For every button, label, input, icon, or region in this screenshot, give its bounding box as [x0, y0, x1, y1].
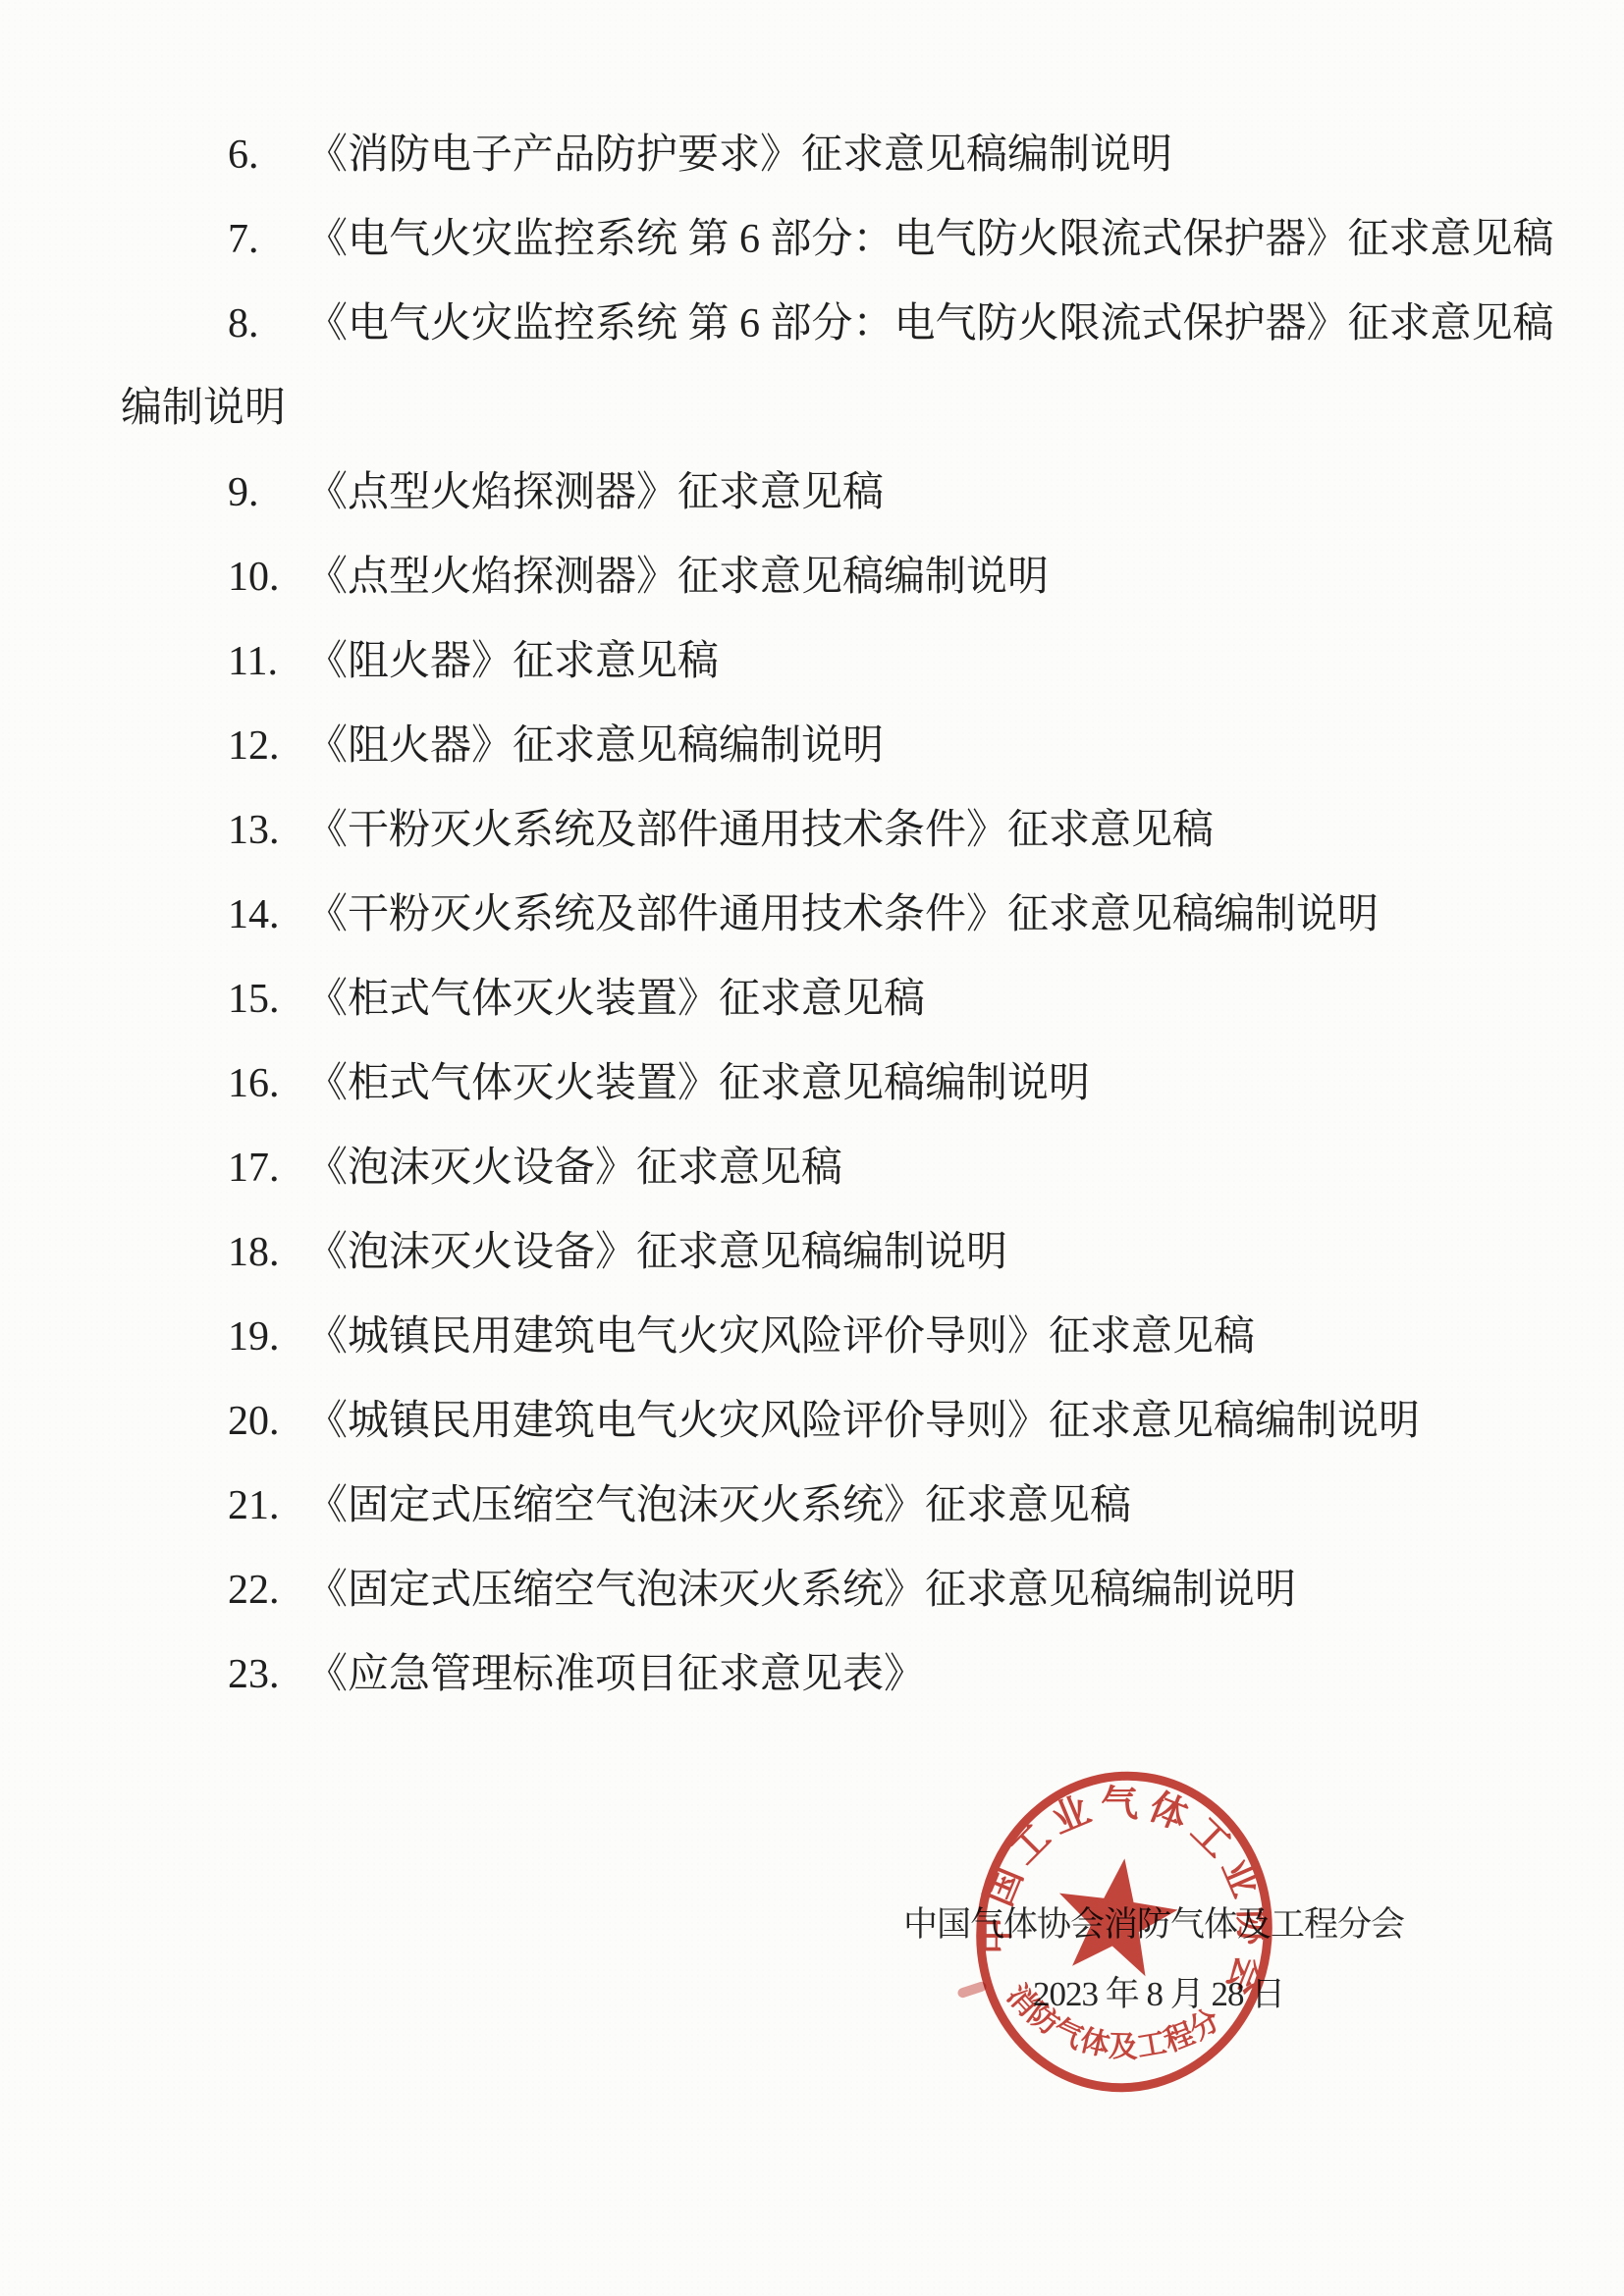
- item-number: 23.: [228, 1649, 306, 1700]
- list-item: 9.《点型火焰探测器》征求意见稿: [228, 467, 884, 518]
- item-number: 18.: [228, 1227, 306, 1278]
- list-item: 11.《阻火器》征求意见稿: [228, 636, 719, 687]
- document-page: 6.《消防电子产品防护要求》征求意见稿编制说明 7.《电气火灾监控系统 第 6 …: [0, 0, 1624, 2296]
- item-text: 《应急管理标准项目征求意见表》: [306, 1652, 925, 1697]
- item-text: 《点型火焰探测器》征求意见稿: [306, 470, 884, 515]
- item-text: 《干粉灭火系统及部件通用技术条件》征求意见稿: [306, 808, 1214, 853]
- list-item: 17.《泡沫灭火设备》征求意见稿: [228, 1143, 842, 1194]
- star-icon: [1050, 1850, 1184, 1980]
- item-number: 9.: [228, 467, 306, 518]
- list-item: 7.《电气火灾监控系统 第 6 部分：电气防火限流式保护器》征求意见稿: [228, 214, 1554, 265]
- item-text: 《柜式气体灭火装置》征求意见稿编制说明: [306, 1061, 1090, 1106]
- item-number: 11.: [228, 636, 306, 687]
- item-number: 7.: [228, 214, 306, 265]
- item-number: 13.: [228, 805, 306, 856]
- list-item: 13.《干粉灭火系统及部件通用技术条件》征求意见稿: [228, 805, 1214, 856]
- list-item: 16.《柜式气体灭火装置》征求意见稿编制说明: [228, 1058, 1090, 1109]
- item-number: 20.: [228, 1396, 306, 1447]
- item-number: 14.: [228, 889, 306, 940]
- item-text: 《城镇民用建筑电气火灾风险评价导则》征求意见稿编制说明: [306, 1399, 1420, 1444]
- organization-seal-stamp: 中国工业气体工业协会 消防气体及工程分会: [962, 1755, 1296, 2109]
- list-item: 15.《柜式气体灭火装置》征求意见稿: [228, 974, 925, 1025]
- item-text: 《固定式压缩空气泡沫灭火系统》征求意见稿编制说明: [306, 1568, 1296, 1613]
- item-text: 《电气火灾监控系统 第 6 部分：电气防火限流式保护器》征求意见稿: [306, 217, 1554, 262]
- item-text: 《城镇民用建筑电气火灾风险评价导则》征求意见稿: [306, 1314, 1255, 1360]
- list-item: 18.《泡沫灭火设备》征求意见稿编制说明: [228, 1227, 1007, 1278]
- item-number: 17.: [228, 1143, 306, 1194]
- list-item: 12.《阻火器》征求意见稿编制说明: [228, 721, 884, 772]
- list-item: 21.《固定式压缩空气泡沫灭火系统》征求意见稿: [228, 1480, 1131, 1531]
- list-item: 22.《固定式压缩空气泡沫灭火系统》征求意见稿编制说明: [228, 1565, 1296, 1616]
- list-item: 20.《城镇民用建筑电气火灾风险评价导则》征求意见稿编制说明: [228, 1396, 1420, 1447]
- item-number: 12.: [228, 721, 306, 772]
- item-text: 《点型火焰探测器》征求意见稿编制说明: [306, 555, 1049, 600]
- item-text: 《泡沫灭火设备》征求意见稿编制说明: [306, 1230, 1007, 1275]
- item-number: 19.: [228, 1311, 306, 1362]
- item-text: 《阻火器》征求意见稿: [306, 639, 719, 684]
- item-number: 22.: [228, 1565, 306, 1616]
- item-text: 《消防电子产品防护要求》征求意见稿编制说明: [306, 133, 1172, 178]
- item-text: 《柜式气体灭火装置》征求意见稿: [306, 977, 925, 1022]
- item-text: 《阻火器》征求意见稿编制说明: [306, 723, 884, 769]
- item-text: 《固定式压缩空气泡沫灭火系统》征求意见稿: [306, 1483, 1131, 1528]
- item-number: 21.: [228, 1480, 306, 1531]
- seal-top-text-path: 中国工业气体工业协会: [968, 1763, 1294, 2009]
- item-number: 15.: [228, 974, 306, 1025]
- item-number: 6.: [228, 130, 306, 181]
- list-item: 14.《干粉灭火系统及部件通用技术条件》征求意见稿编制说明: [228, 889, 1379, 940]
- list-item: 19.《城镇民用建筑电气火灾风险评价导则》征求意见稿: [228, 1311, 1255, 1362]
- seal-top-text: 中国工业气体工业协会: [968, 1763, 1294, 2009]
- list-item: 10.《点型火焰探测器》征求意见稿编制说明: [228, 552, 1049, 603]
- item-text: 《干粉灭火系统及部件通用技术条件》征求意见稿编制说明: [306, 892, 1379, 937]
- list-item: 8.《电气火灾监控系统 第 6 部分：电气防火限流式保护器》征求意见稿: [228, 298, 1554, 349]
- list-item-continuation: 编制说明: [121, 383, 286, 434]
- item-text: 《泡沫灭火设备》征求意见稿: [306, 1146, 842, 1191]
- item-number: 10.: [228, 552, 306, 603]
- seal-group: 中国工业气体工业协会 消防气体及工程分会: [962, 1755, 1296, 2108]
- list-item: 23.《应急管理标准项目征求意见表》: [228, 1649, 925, 1700]
- list-item: 6.《消防电子产品防护要求》征求意见稿编制说明: [228, 130, 1172, 181]
- item-text: 《电气火灾监控系统 第 6 部分：电气防火限流式保护器》征求意见稿: [306, 301, 1554, 347]
- item-number: 8.: [228, 298, 306, 349]
- item-number: 16.: [228, 1058, 306, 1109]
